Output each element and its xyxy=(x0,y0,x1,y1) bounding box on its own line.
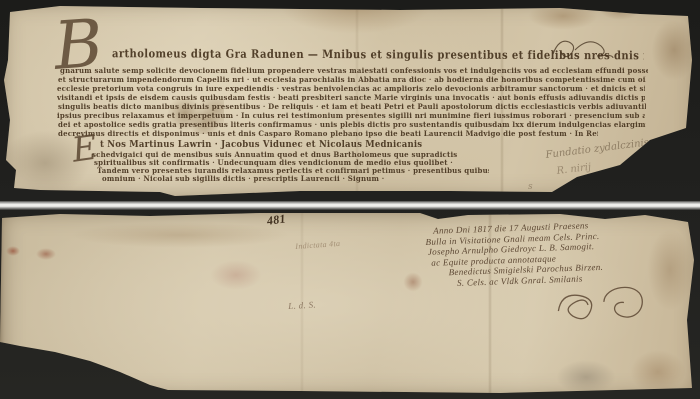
faint-annotation: Indictata 4ta xyxy=(295,239,341,251)
pencil-note-line: s xyxy=(528,182,533,192)
verso-parchment: 481 Indictata 4ta L. d. S. Anno Dni 1817… xyxy=(0,210,700,399)
stain xyxy=(630,350,686,394)
stain xyxy=(36,248,56,260)
visitation-note: Anno Dni 1817 die 17 Augusti Praesens Bu… xyxy=(425,220,601,289)
stain xyxy=(210,260,262,290)
scan-viewer: B artholomeus digta Gra Radunen — Mnibus… xyxy=(0,0,700,399)
panel-divider xyxy=(0,201,700,210)
stain xyxy=(528,2,598,30)
verso-panel: 481 Indictata 4ta L. d. S. Anno Dni 1817… xyxy=(0,210,700,399)
stain xyxy=(648,230,692,310)
stain xyxy=(556,360,616,394)
stain xyxy=(280,0,430,34)
script-line: decrevimus directis et disponimus · unis… xyxy=(58,128,598,138)
recto-panel: B artholomeus digta Gra Radunen — Mnibus… xyxy=(0,0,700,201)
signature-flourish-icon xyxy=(551,279,654,330)
pencil-note-line: Fundatio zydalczinis xyxy=(545,137,649,161)
recto-parchment: B artholomeus digta Gra Radunen — Mnibus… xyxy=(0,0,700,200)
pencil-note-line: R. nirij xyxy=(556,162,592,177)
seal-annotation: L. d. S. xyxy=(288,300,316,311)
script-line: omnium · Nicolai sub sigillis dictis · p… xyxy=(102,173,432,183)
script-opening-line: artholomeus digta Gra Radunen — Mnibus e… xyxy=(112,48,644,63)
archival-number: 481 xyxy=(266,211,287,228)
stain xyxy=(70,222,290,248)
stain xyxy=(600,0,640,20)
stain xyxy=(652,20,696,80)
stain xyxy=(6,246,20,256)
stain xyxy=(398,270,428,294)
